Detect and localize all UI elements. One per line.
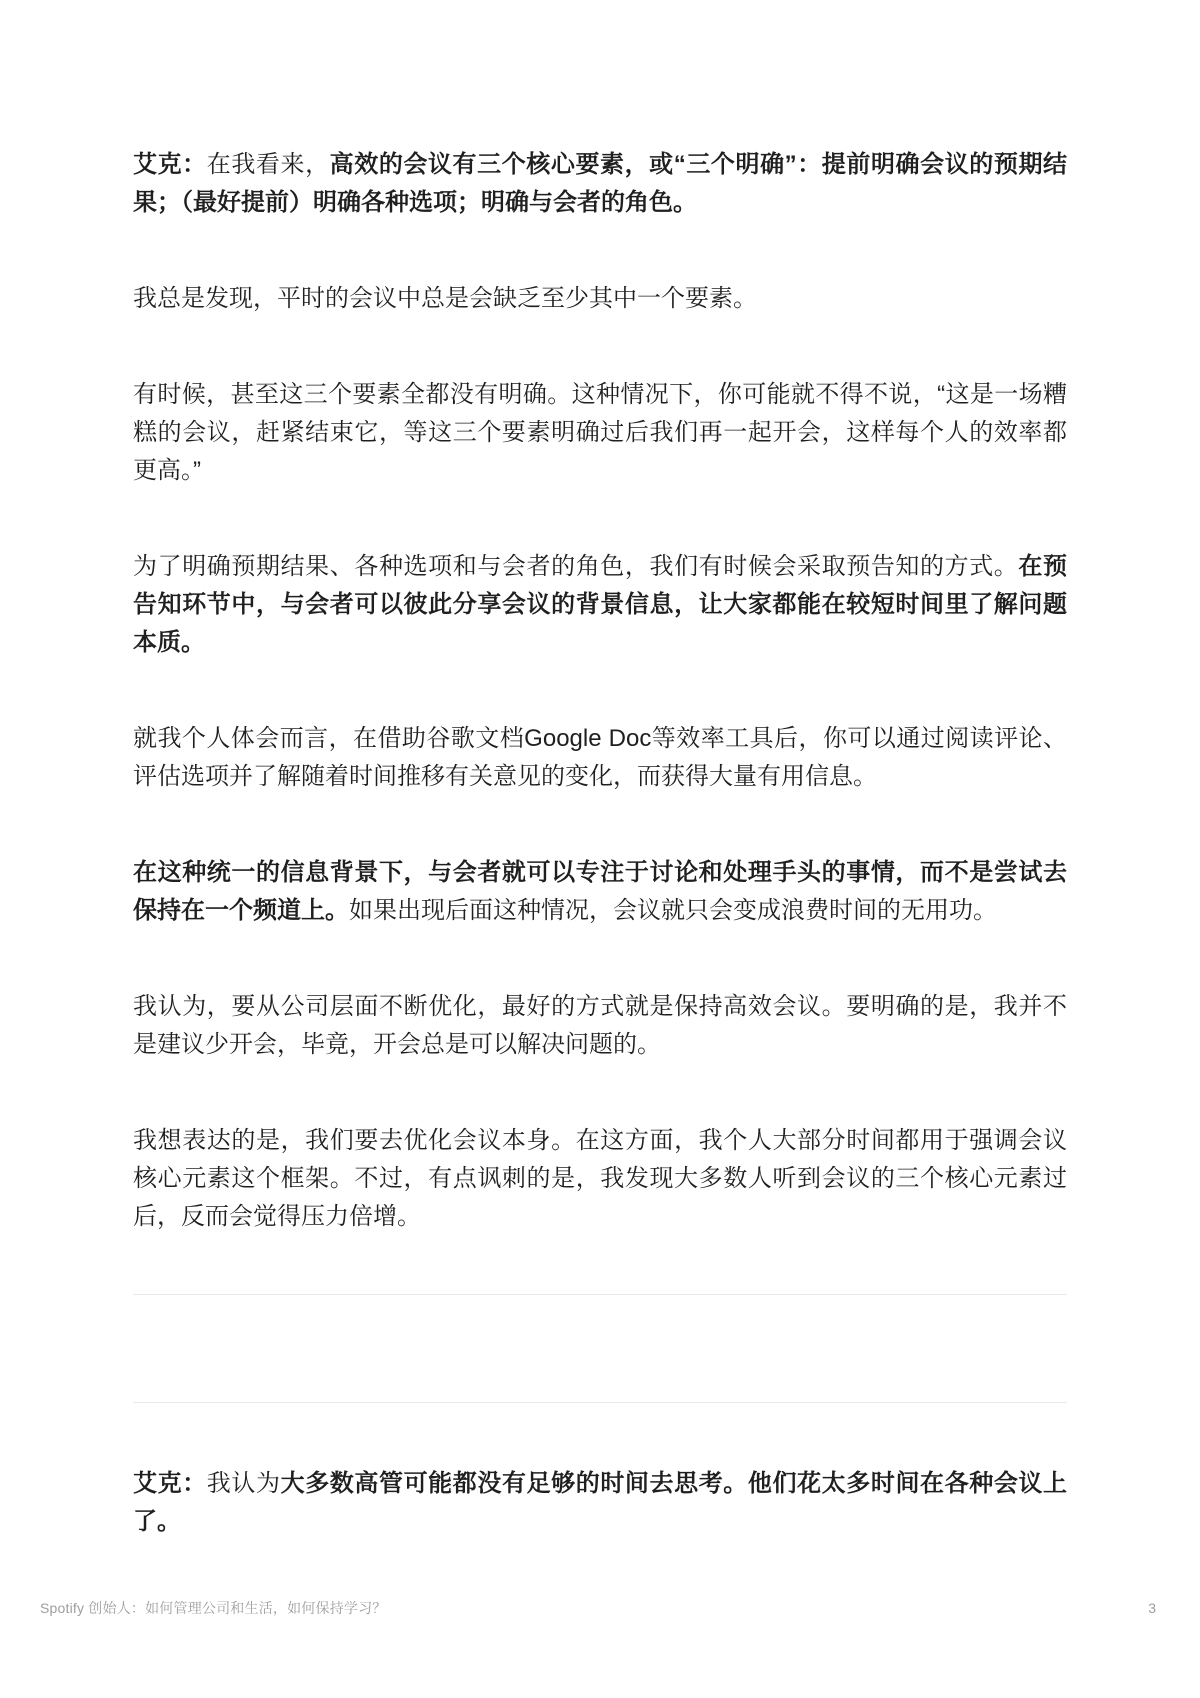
paragraph: 在这种统一的信息背景下，与会者就可以专注于讨论和处理手头的事情，而不是尝试去保持… <box>133 854 1067 930</box>
text-segment: 在我看来， <box>207 151 330 178</box>
bold-text-segment: 艾克： <box>133 1470 207 1497</box>
footer-document-title: Spotify 创始人：如何管理公司和生活，如何保持学习？ <box>40 1598 387 1618</box>
paragraph: 我总是发现，平时的会议中总是会缺乏至少其中一个要素。 <box>133 280 1067 318</box>
text-segment: 为了明确预期结果、各种选项和与会者的角色，我们有时候会采取预告知的方式。 <box>133 553 1018 580</box>
paragraph: 为了明确预期结果、各种选项和与会者的角色，我们有时候会采取预告知的方式。在预告知… <box>133 548 1067 662</box>
section-divider <box>133 1402 1067 1403</box>
text-segment: 如果出现后面这种情况，会议就只会变成浪费时间的无用功。 <box>349 897 997 924</box>
paragraph-group-main: 艾克：在我看来，高效的会议有三个核心要素，或“三个明确”：提前明确会议的预期结果… <box>133 146 1067 1236</box>
page-footer: Spotify 创始人：如何管理公司和生活，如何保持学习？ 3 <box>40 1598 1156 1618</box>
text-segment: 就我个人体会而言，在借助谷歌文档Google Doc等效率工具后，你可以通过阅读… <box>133 725 1067 790</box>
bold-text-segment: 艾克： <box>133 151 207 178</box>
paragraph: 我想表达的是，我们要去优化会议本身。在这方面，我个人大部分时间都用于强调会议核心… <box>133 1122 1067 1236</box>
section-divider <box>133 1294 1067 1295</box>
paragraph-group-bottom: 艾克：我认为大多数高管可能都没有足够的时间去思考。他们花太多时间在各种会议上了。 <box>133 1465 1067 1541</box>
article-body: 艾克：在我看来，高效的会议有三个核心要素，或“三个明确”：提前明确会议的预期结果… <box>0 0 1200 1541</box>
paragraph: 有时候，甚至这三个要素全都没有明确。这种情况下，你可能就不得不说，“这是一场糟糕… <box>133 376 1067 490</box>
paragraph: 艾克：在我看来，高效的会议有三个核心要素，或“三个明确”：提前明确会议的预期结果… <box>133 146 1067 222</box>
paragraph: 就我个人体会而言，在借助谷歌文档Google Doc等效率工具后，你可以通过阅读… <box>133 720 1067 796</box>
paragraph: 我认为，要从公司层面不断优化，最好的方式就是保持高效会议。要明确的是，我并不是建… <box>133 988 1067 1064</box>
text-segment: 我认为，要从公司层面不断优化，最好的方式就是保持高效会议。要明确的是，我并不是建… <box>133 993 1067 1058</box>
text-segment: 我认为 <box>207 1470 281 1497</box>
page-number: 3 <box>1148 1600 1156 1616</box>
text-segment: 我总是发现，平时的会议中总是会缺乏至少其中一个要素。 <box>133 285 757 312</box>
text-segment: 我想表达的是，我们要去优化会议本身。在这方面，我个人大部分时间都用于强调会议核心… <box>133 1127 1067 1230</box>
document-page: 艾克：在我看来，高效的会议有三个核心要素，或“三个明确”：提前明确会议的预期结果… <box>0 0 1200 1698</box>
text-segment: 有时候，甚至这三个要素全都没有明确。这种情况下，你可能就不得不说，“这是一场糟糕… <box>133 381 1067 484</box>
paragraph: 艾克：我认为大多数高管可能都没有足够的时间去思考。他们花太多时间在各种会议上了。 <box>133 1465 1067 1541</box>
